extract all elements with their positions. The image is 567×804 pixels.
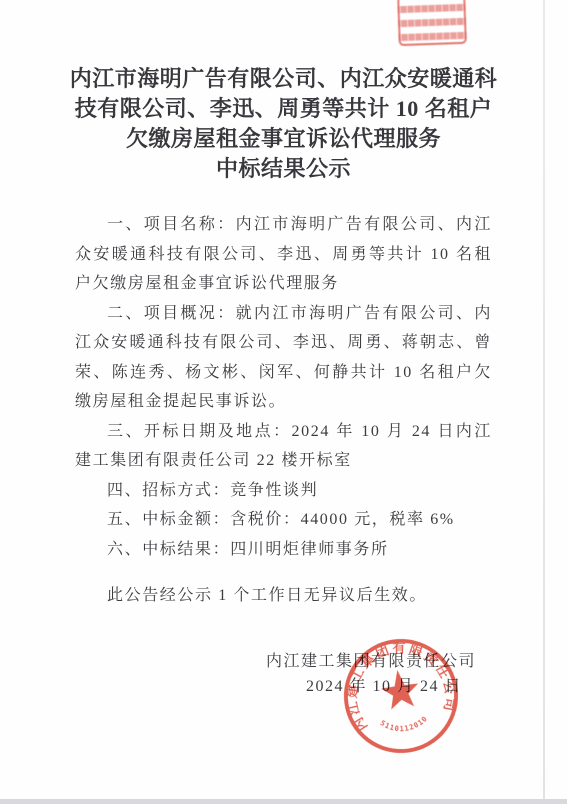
title-line-2: 技有限公司、李迅、周勇等共计 10 名租户 bbox=[60, 94, 507, 124]
page-right-edge bbox=[543, 0, 545, 799]
paragraph-project-name: 一、项目名称：内江市海明广告有限公司、内江众安暖通科技有限公司、李迅、周勇等共计… bbox=[75, 210, 492, 299]
title-line-1: 内江市海明广告有限公司、内江众安暖通科 bbox=[60, 64, 507, 94]
partial-red-stamp-top bbox=[397, 0, 467, 46]
document-title: 内江市海明广告有限公司、内江众安暖通科 技有限公司、李迅、周勇等共计 10 名租… bbox=[60, 64, 507, 184]
title-line-3: 欠缴房屋租金事宜诉讼代理服务 bbox=[60, 124, 507, 154]
paragraph-project-overview: 二、项目概况：就内江市海明广告有限公司、内江众安暖通科技有限公司、李迅、周勇、蒋… bbox=[75, 299, 492, 417]
document-body: 一、项目名称：内江市海明广告有限公司、内江众安暖通科技有限公司、李迅、周勇等共计… bbox=[75, 210, 492, 611]
paragraph-tender-method: 四、招标方式：竞争性谈判 bbox=[75, 476, 492, 506]
official-round-seal: 内江建工集团有限责任公司 5110112010302 bbox=[334, 629, 467, 762]
page-bottom-edge bbox=[0, 799, 567, 804]
paragraph-award-amount: 五、中标金额：含税价：44000 元，税率 6% bbox=[75, 505, 492, 535]
paragraph-effective-note: 此公告经公示 1 个工作日无异议后生效。 bbox=[75, 581, 492, 611]
paragraph-bid-opening: 三、开标日期及地点：2024 年 10 月 24 日内江建工集团有限责任公司 2… bbox=[75, 417, 492, 476]
seal-star-icon bbox=[379, 667, 421, 710]
scanned-document-page: 内江市海明广告有限公司、内江众安暖通科 技有限公司、李迅、周勇等共计 10 名租… bbox=[0, 0, 567, 804]
paragraph-award-result: 六、中标结果：四川明炬律师事务所 bbox=[75, 535, 492, 565]
title-line-4: 中标结果公示 bbox=[60, 154, 507, 184]
